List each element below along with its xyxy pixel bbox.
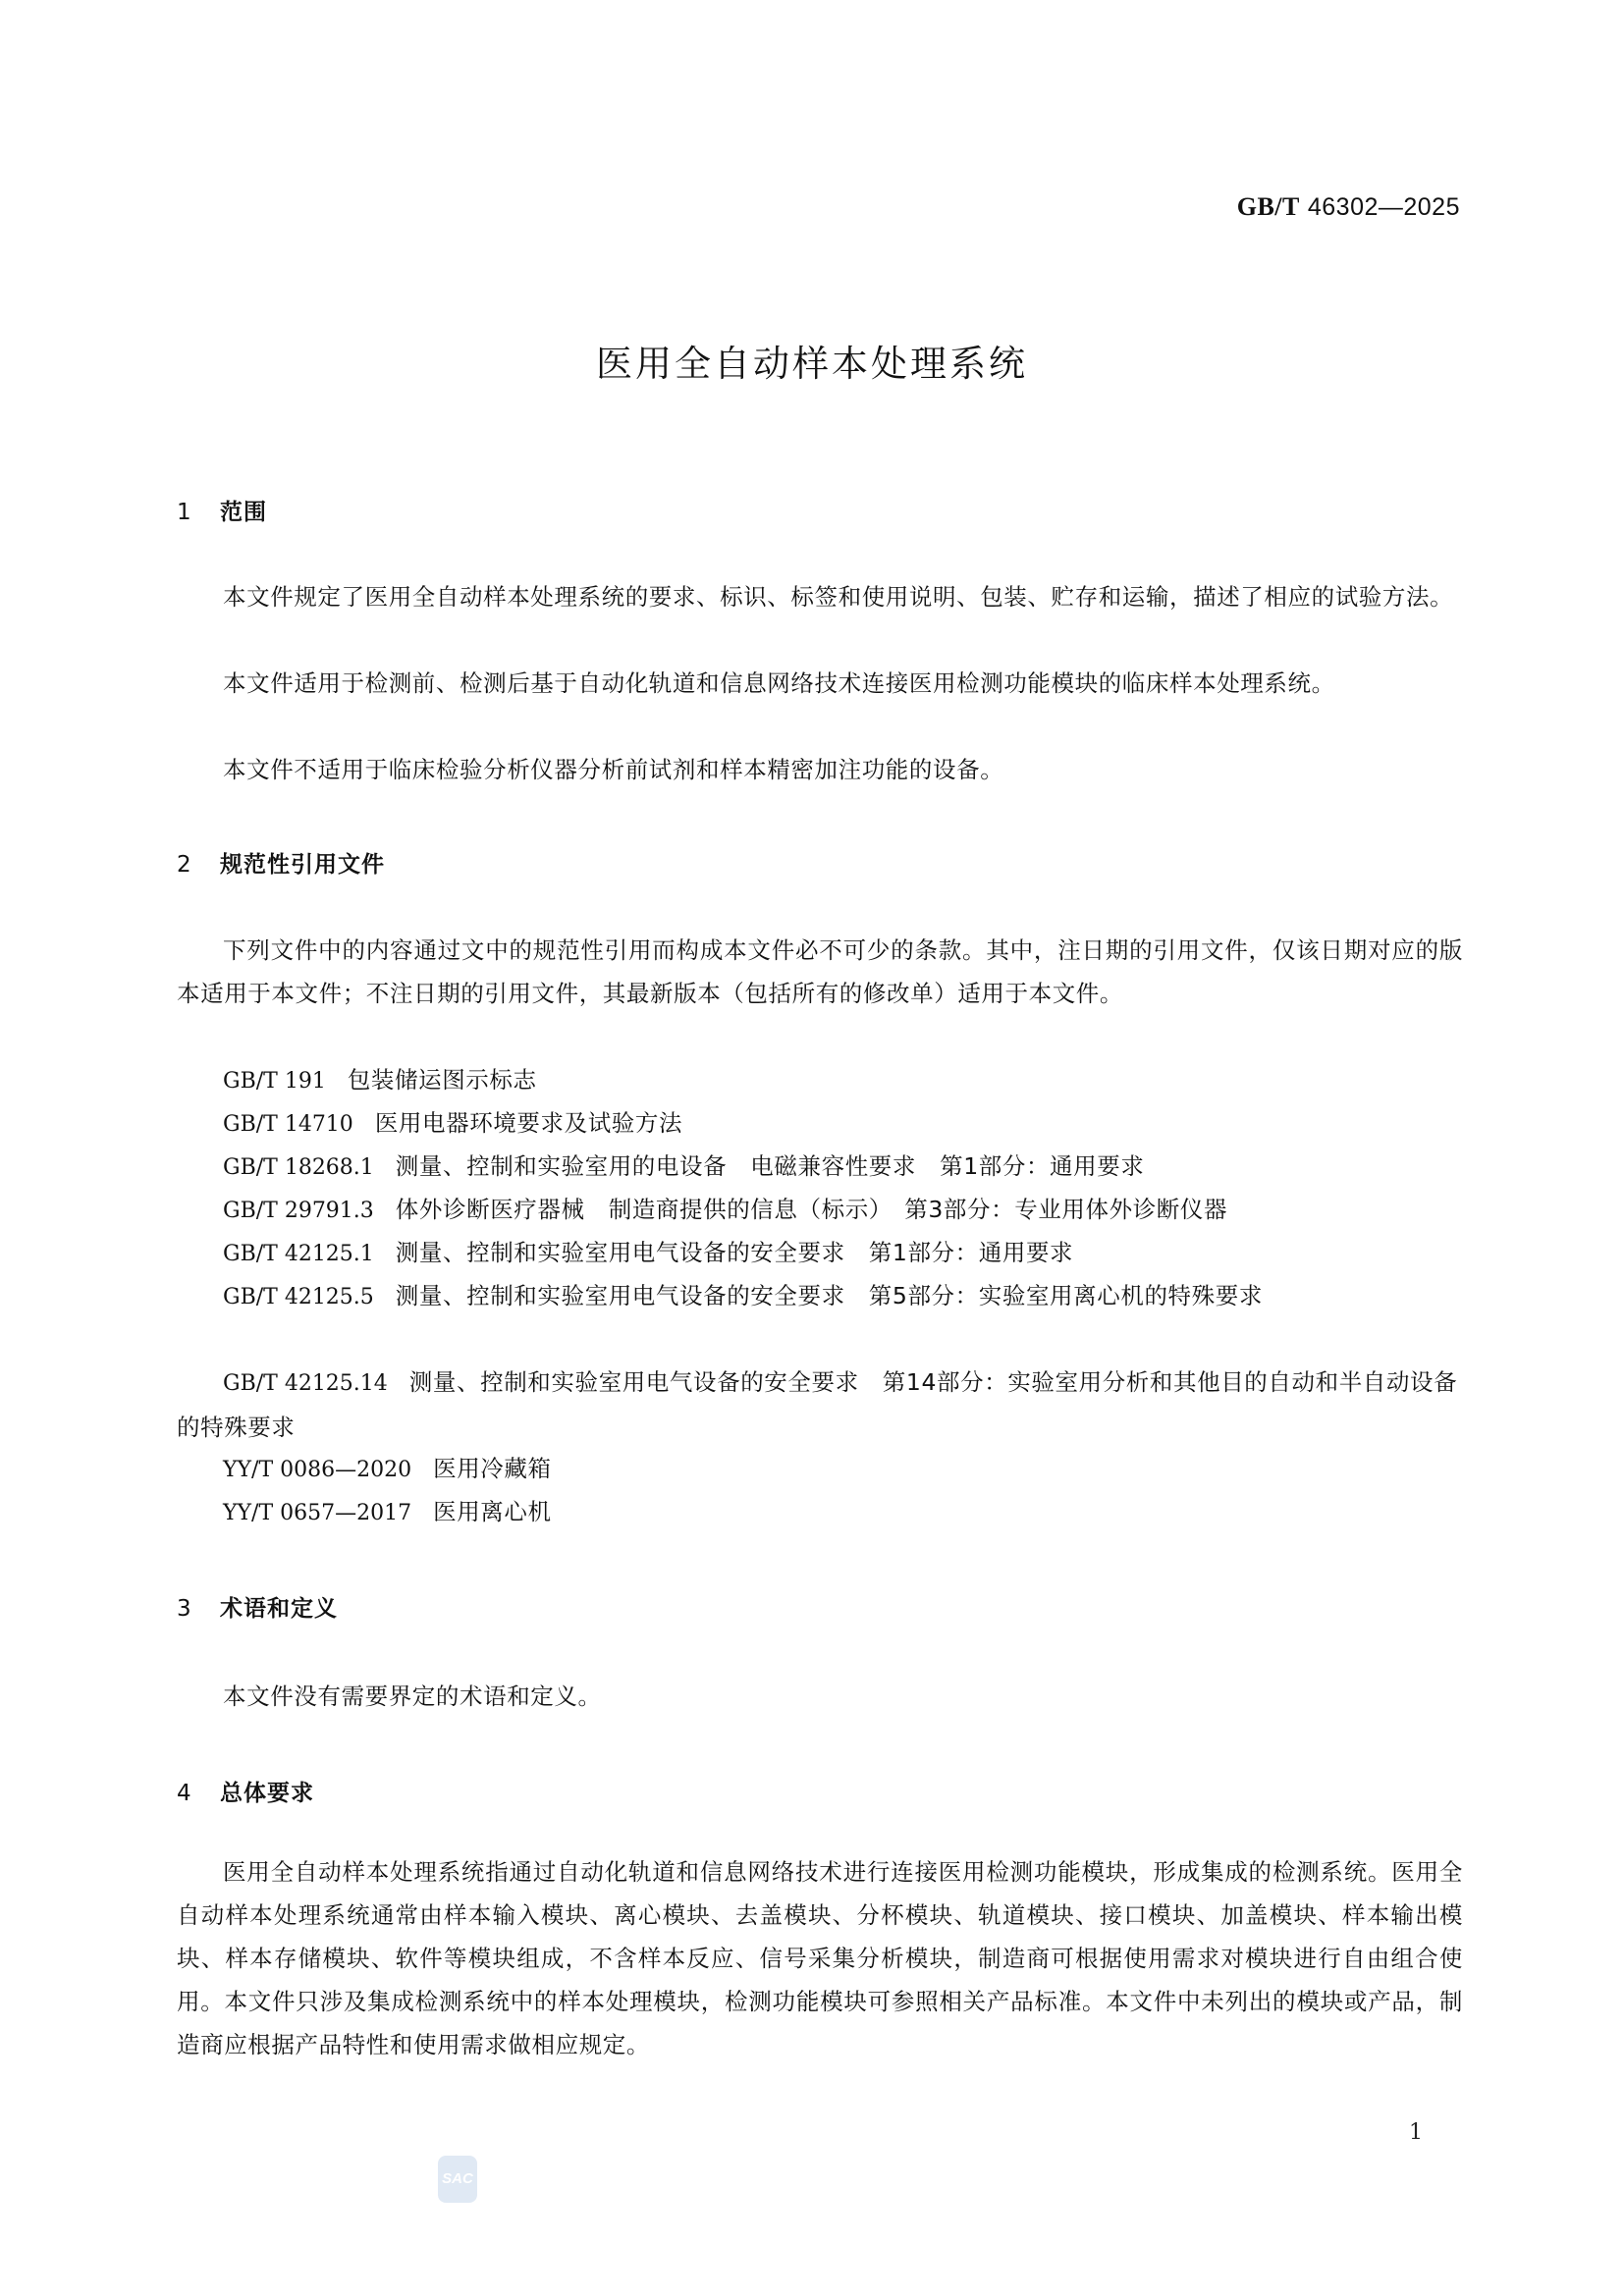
section-title: 总体要求: [220, 1781, 314, 1806]
reference-item: GB/T 18268.1测量、控制和实验室用的电设备 电磁兼容性要求 第1部分：…: [177, 1145, 1463, 1190]
reference-title: 包装储运图示标志: [348, 1066, 537, 1094]
section-title: 术语和定义: [220, 1596, 338, 1622]
section-heading-terms-definitions: 3术语和定义: [177, 1590, 338, 1623]
document-page: GB/T46302—2025 医用全自动样本处理系统 1范围 本文件规定了医用全…: [0, 0, 1624, 2296]
reference-code: YY/T 0657—2017: [223, 1501, 411, 1525]
reference-code: GB/T 42125.14: [223, 1371, 388, 1396]
reference-code: YY/T 0086—2020: [223, 1458, 411, 1482]
reference-item: GB/T 42125.1测量、控制和实验室用电气设备的安全要求 第1部分：通用要…: [177, 1231, 1463, 1276]
reference-title: 体外诊断医疗器械 制造商提供的信息（标示） 第3部分：专业用体外诊断仪器: [396, 1196, 1227, 1223]
document-title: 医用全自动样本处理系统: [0, 334, 1624, 387]
paragraph: 本文件规定了医用全自动样本处理系统的要求、标识、标签和使用说明、包装、贮存和运输…: [177, 575, 1463, 618]
reference-code: GB/T 29791.3: [223, 1199, 374, 1223]
section-heading-general-requirements: 4总体要求: [177, 1775, 314, 1807]
section-number: 3: [177, 1596, 220, 1622]
watermark-text: SAC: [442, 2170, 473, 2187]
standard-code: GB/T46302—2025: [1237, 192, 1460, 222]
reference-item: GB/T 191包装储运图示标志: [177, 1058, 1463, 1103]
reference-item: YY/T 0086—2020医用冷藏箱: [177, 1447, 1463, 1492]
reference-code: GB/T 14710: [223, 1112, 353, 1137]
reference-title: 医用冷藏箱: [433, 1455, 552, 1482]
sac-logo-icon: SAC: [438, 2156, 477, 2203]
section-number: 2: [177, 852, 220, 878]
reference-title: 测量、控制和实验室用的电设备 电磁兼容性要求 第1部分：通用要求: [396, 1152, 1145, 1180]
page-number: 1: [1409, 2120, 1423, 2145]
reference-title: 测量、控制和实验室用电气设备的安全要求 第1部分：通用要求: [396, 1239, 1073, 1266]
reference-item: GB/T 29791.3体外诊断医疗器械 制造商提供的信息（标示） 第3部分：专…: [177, 1188, 1463, 1233]
reference-title: 医用电器环境要求及试验方法: [375, 1109, 682, 1137]
reference-item: GB/T 14710医用电器环境要求及试验方法: [177, 1101, 1463, 1147]
reference-code: GB/T 42125.1: [223, 1242, 374, 1266]
reference-code: GB/T 191: [223, 1069, 326, 1094]
section-heading-scope: 1范围: [177, 494, 267, 526]
standard-number: 46302—2025: [1308, 193, 1460, 221]
reference-title: 医用离心机: [433, 1498, 552, 1525]
reference-code: GB/T 42125.5: [223, 1285, 374, 1309]
section-number: 1: [177, 500, 220, 525]
section-title: 范围: [220, 500, 267, 525]
reference-item: GB/T 42125.5测量、控制和实验室用电气设备的安全要求 第5部分：实验室…: [177, 1274, 1463, 1319]
paragraph: 本文件没有需要界定的术语和定义。: [177, 1675, 1463, 1718]
reference-code: GB/T 18268.1: [223, 1155, 374, 1180]
paragraph: 本文件适用于检测前、检测后基于自动化轨道和信息网络技术连接医用检测功能模块的临床…: [177, 662, 1463, 705]
paragraph: 本文件不适用于临床检验分析仪器分析前试剂和样本精密加注功能的设备。: [177, 748, 1463, 791]
reference-item: GB/T 42125.14测量、控制和实验室用电气设备的安全要求 第14部分：实…: [177, 1361, 1463, 1449]
section-title: 规范性引用文件: [220, 852, 385, 878]
standard-prefix: GB/T: [1237, 192, 1300, 221]
paragraph: 医用全自动样本处理系统指通过自动化轨道和信息网络技术进行连接医用检测功能模块，形…: [177, 1850, 1463, 2066]
reference-title: 测量、控制和实验室用电气设备的安全要求 第5部分：实验室用离心机的特殊要求: [396, 1282, 1263, 1309]
paragraph: 下列文件中的内容通过文中的规范性引用而构成本文件必不可少的条款。其中，注日期的引…: [177, 929, 1463, 1015]
section-heading-normative-references: 2规范性引用文件: [177, 846, 385, 879]
reference-item: YY/T 0657—2017医用离心机: [177, 1490, 1463, 1535]
section-number: 4: [177, 1781, 220, 1806]
